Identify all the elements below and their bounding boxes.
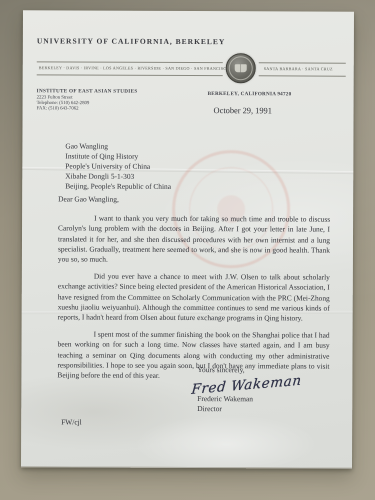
campus-list-right: SANTA BARBARA · SANTA CRUZ [264,67,333,71]
campus-list-right-rule: SANTA BARBARA · SANTA CRUZ [259,62,346,76]
photo-backdrop: { "letterhead": { "university_title": "U… [0,0,375,500]
closing-phrase: Yours sincerely, [197,365,347,375]
paragraph-1: I want to thank you very much for taking… [58,214,330,266]
closing-block: Yours sincerely, Fred Wakeman Frederic W… [197,365,347,414]
letter-paper: UNIVERSITY OF CALIFORNIA, BERKELEY BERKE… [21,10,354,468]
salutation: Dear Gao Wangling, [58,194,330,205]
letter-body: Dear Gao Wangling, I want to thank you v… [57,194,330,388]
recipient-street: Xibahe Dongli 5-1-303 [65,171,171,181]
signer-title: Director [197,404,347,414]
letterhead-rules: BERKELEY · DAVIS · IRVINE · LOS ANGELES … [37,60,346,77]
recipient-city: Beijing, People's Republic of China [65,181,171,191]
uc-seal-icon [226,53,256,83]
recipient-university: People's University of China [65,161,171,171]
typist-reference: FW/cjl [61,417,82,426]
recipient-name: Gao Wangling [65,141,171,151]
sender-fax: FAX: (510) 643-7062 [37,106,216,112]
university-title: UNIVERSITY OF CALIFORNIA, BERKELEY [37,36,226,46]
recipient-address-block: Gao Wangling Institute of Qing History P… [65,141,171,191]
uc-seal-open-book-icon [235,64,247,72]
sender-city-line: BERKELEY, CALIFORNIA 94720 [208,91,292,97]
paragraph-2: Did you ever have a chance to meet with … [58,272,330,324]
letter-date: October 29, 1991 [214,106,272,115]
campus-list-left-rule: BERKELEY · DAVIS · IRVINE · LOS ANGELES … [37,61,223,76]
sender-block: INSTITUTE OF EAST ASIAN STUDIES 2223 Ful… [37,88,216,112]
signer-name: Frederic Wakeman [197,394,347,404]
campus-list-left: BERKELEY · DAVIS · IRVINE · LOS ANGELES … [39,66,230,71]
recipient-institute: Institute of Qing History [65,151,171,161]
